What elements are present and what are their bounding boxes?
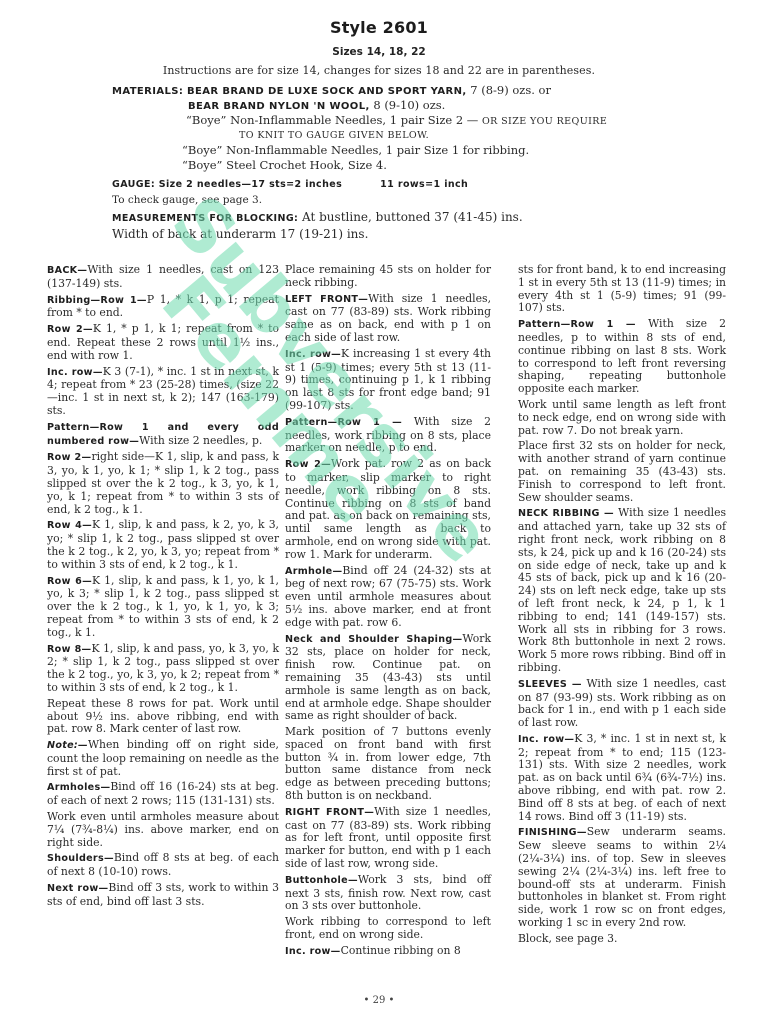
instruction-paragraph: LEFT FRONT—With size 1 needles, cast on … (285, 293, 491, 345)
instruction-text: Continue ribbing on 8 (341, 944, 461, 957)
instruction-paragraph: Row 6—K 1, slip, k and pass, k 1, yo, k … (47, 575, 279, 640)
instruction-paragraph: Inc. row—Continue ribbing on 8 (285, 945, 491, 959)
instruction-paragraph: Note:—When binding off on right side, co… (47, 739, 279, 778)
yarn2-name: BEAR BRAND NYLON 'N WOOL, (188, 101, 370, 112)
instruction-text: Work even until armholes measure about 7… (47, 810, 279, 849)
measurements-width: Width of back at underarm 17 (19-21) ins… (112, 227, 368, 241)
instruction-paragraph: Neck and Shoulder Shaping—Work 32 sts, p… (285, 633, 491, 724)
instruction-paragraph: Ribbing—Row 1—P 1, * k 1, p 1; repeat fr… (47, 294, 279, 321)
column-1: BACK—With size 1 needles, cast on 123 (1… (47, 264, 279, 912)
instruction-heading: Buttonhole— (285, 875, 358, 886)
instruction-heading: Inc. row— (518, 734, 574, 745)
instruction-heading: Inc. row— (47, 367, 103, 378)
instruction-paragraph: RIGHT FRONT—With size 1 needles, cast on… (285, 806, 491, 871)
instruction-heading: Row 6— (47, 576, 92, 587)
instruction-text: Work ribbing to correspond to left front… (285, 915, 491, 941)
materials-needles1-cont: to knit to gauge given below. (112, 128, 712, 143)
gauge-line: GAUGE: Size 2 needles—17 sts=2 inches11 … (112, 178, 468, 190)
instruction-paragraph: Mark position of 7 buttons evenly spaced… (285, 726, 491, 803)
instruction-paragraph: Place remaining 45 sts on holder for nec… (285, 264, 491, 290)
instruction-paragraph: Pattern—Row 1 — With size 2 needles, wor… (285, 416, 491, 455)
instruction-text: Block, see page 3. (518, 932, 617, 945)
instruction-heading: Pattern—Row 1 — (518, 319, 648, 330)
gauge-check: To check gauge, see page 3. (112, 194, 262, 206)
instruction-heading: Ribbing—Row 1— (47, 295, 147, 306)
materials-yarn1: MATERIALS: BEAR BRAND DE LUXE SOCK AND S… (112, 83, 712, 98)
instruction-paragraph: SLEEVES — With size 1 needles, cast on 8… (518, 678, 726, 730)
measurements-label: MEASUREMENTS FOR BLOCKING: (112, 213, 298, 224)
instruction-text: Work 32 sts, place on holder for neck, f… (285, 632, 491, 723)
instruction-heading: Shoulders— (47, 853, 114, 864)
instruction-text: K 3, * inc. 1 st in next st, k 2; repeat… (518, 732, 726, 823)
instruction-paragraph: Shoulders—Bind off 8 sts at beg. of each… (47, 852, 279, 879)
size-instructions-note: Instructions are for size 14, changes fo… (0, 64, 758, 77)
instruction-paragraph: BACK—With size 1 needles, cast on 123 (1… (47, 264, 279, 291)
instruction-heading: RIGHT FRONT— (285, 807, 374, 818)
instruction-paragraph: Place first 32 sts on holder for neck, w… (518, 440, 726, 504)
instruction-paragraph: Row 2—K 1, * p 1, k 1; repeat from * to … (47, 323, 279, 362)
instruction-paragraph: Next row—Bind off 3 sts, work to within … (47, 882, 279, 909)
materials-needles1: “Boye” Non-Inflammable Needles, 1 pair S… (112, 113, 712, 128)
measurements-line: MEASUREMENTS FOR BLOCKING: At bustline, … (112, 210, 523, 224)
instruction-paragraph: Inc. row—K 3 (7-1), * inc. 1 st in next … (47, 366, 279, 418)
instruction-paragraph: Pattern—Row 1 and every odd numbered row… (47, 421, 279, 449)
instruction-text: Mark position of 7 buttons evenly spaced… (285, 725, 491, 802)
gauge-label: GAUGE: (112, 179, 155, 190)
instruction-heading: Row 4— (47, 520, 92, 531)
materials-yarn2: BEAR BRAND NYLON 'N WOOL, 8 (9-10) ozs. (112, 98, 712, 113)
instruction-heading: BACK— (47, 265, 87, 276)
instruction-text: Place first 32 sts on holder for neck, w… (518, 439, 726, 503)
instruction-text: With size 2 needles, p. (139, 434, 262, 447)
instruction-heading: Armhole— (285, 566, 342, 577)
pattern-page: Style 2601 Sizes 14, 18, 22 Instructions… (0, 0, 758, 1024)
instruction-text: Work until same length as left front to … (518, 398, 726, 437)
instruction-heading: Note:— (47, 740, 88, 751)
instruction-paragraph: Armhole—Bind off 24 (24-32) sts at beg o… (285, 565, 491, 630)
instruction-text: Place remaining 45 sts on holder for nec… (285, 263, 491, 289)
instruction-heading: NECK RIBBING — (518, 508, 618, 519)
instruction-text: sts for front band, k to end increasing … (518, 263, 726, 314)
yarn1-name: BEAR BRAND DE LUXE SOCK AND SPORT YARN, (187, 86, 467, 97)
materials-label: MATERIALS: (112, 86, 183, 97)
instruction-paragraph: FINISHING—Sew underarm seams. Sew sleeve… (518, 826, 726, 929)
instruction-paragraph: Armholes—Bind off 16 (16-24) sts at beg.… (47, 781, 279, 808)
instruction-paragraph: Pattern—Row 1 — With size 2 needles, p t… (518, 318, 726, 396)
instruction-text: Work pat. row 2 as on back to marker, sl… (285, 457, 491, 561)
instruction-heading: Next row— (47, 883, 108, 894)
instruction-heading: Inc. row— (285, 946, 341, 957)
instruction-heading: Row 2— (47, 452, 91, 463)
instruction-text: Sew underarm seams. Sew sleeve seams to … (518, 825, 726, 929)
instruction-text: With size 1 needles and attached yarn, t… (518, 506, 726, 674)
instruction-heading: Row 2— (47, 324, 93, 335)
instruction-paragraph: Repeat these 8 rows for pat. Work until … (47, 698, 279, 736)
instruction-heading: Pattern—Row 1 — (285, 417, 414, 428)
instruction-paragraph: Row 8—K 1, slip, k and pass, yo, k 3, yo… (47, 643, 279, 695)
instruction-heading: SLEEVES — (518, 679, 586, 690)
instruction-heading: Neck and Shoulder Shaping— (285, 634, 462, 645)
instruction-paragraph: Work even until armholes measure about 7… (47, 811, 279, 849)
instruction-paragraph: Buttonhole—Work 3 sts, bind off next 3 s… (285, 874, 491, 913)
gauge-stitches: Size 2 needles—17 sts=2 inches (155, 179, 342, 190)
column-2: Place remaining 45 sts on holder for nec… (285, 264, 491, 962)
materials-needles2: “Boye” Non-Inflammable Needles, 1 pair S… (112, 143, 712, 158)
instruction-heading: Armholes— (47, 782, 110, 793)
measurements-bustline: At bustline, buttoned 37 (41-45) ins. (298, 210, 522, 224)
instruction-paragraph: Inc. row—K 3, * inc. 1 st in next st, k … (518, 733, 726, 824)
instruction-heading: Inc. row— (285, 349, 341, 360)
needles1-text: “Boye” Non-Inflammable Needles, 1 pair S… (186, 113, 482, 127)
materials-section: MATERIALS: BEAR BRAND DE LUXE SOCK AND S… (112, 83, 712, 173)
instruction-text: Repeat these 8 rows for pat. Work until … (47, 697, 279, 736)
instruction-heading: Row 2— (285, 459, 331, 470)
needles1-caps: or size you require (482, 116, 607, 127)
instruction-paragraph: NECK RIBBING — With size 1 needles and a… (518, 507, 726, 674)
materials-hook: “Boye” Steel Crochet Hook, Size 4. (112, 158, 712, 173)
instruction-paragraph: Inc. row—K increasing 1 st every 4th st … (285, 348, 491, 413)
instruction-paragraph: Row 2—Work pat. row 2 as on back to mark… (285, 458, 491, 561)
instruction-heading: LEFT FRONT— (285, 294, 368, 305)
page-number: • 29 • (0, 995, 758, 1006)
column-3: sts for front band, k to end increasing … (518, 264, 726, 949)
instruction-paragraph: Block, see page 3. (518, 933, 726, 946)
instruction-paragraph: Work ribbing to correspond to left front… (285, 916, 491, 942)
instruction-paragraph: Row 4—K 1, slip, k and pass, k 2, yo, k … (47, 519, 279, 571)
instruction-paragraph: Row 2—right side—K 1, slip, k and pass, … (47, 451, 279, 516)
gauge-rows: 11 rows=1 inch (380, 179, 468, 190)
pattern-title: Style 2601 (0, 18, 758, 37)
instruction-paragraph: sts for front band, k to end increasing … (518, 264, 726, 315)
instruction-heading: FINISHING— (518, 827, 587, 838)
yarn2-qty: 8 (9-10) ozs. (370, 98, 446, 112)
instruction-heading: Row 8— (47, 644, 91, 655)
yarn1-qty: 7 (8-9) ozs. or (467, 83, 551, 97)
pattern-sizes: Sizes 14, 18, 22 (0, 46, 758, 58)
instruction-paragraph: Work until same length as left front to … (518, 399, 726, 437)
